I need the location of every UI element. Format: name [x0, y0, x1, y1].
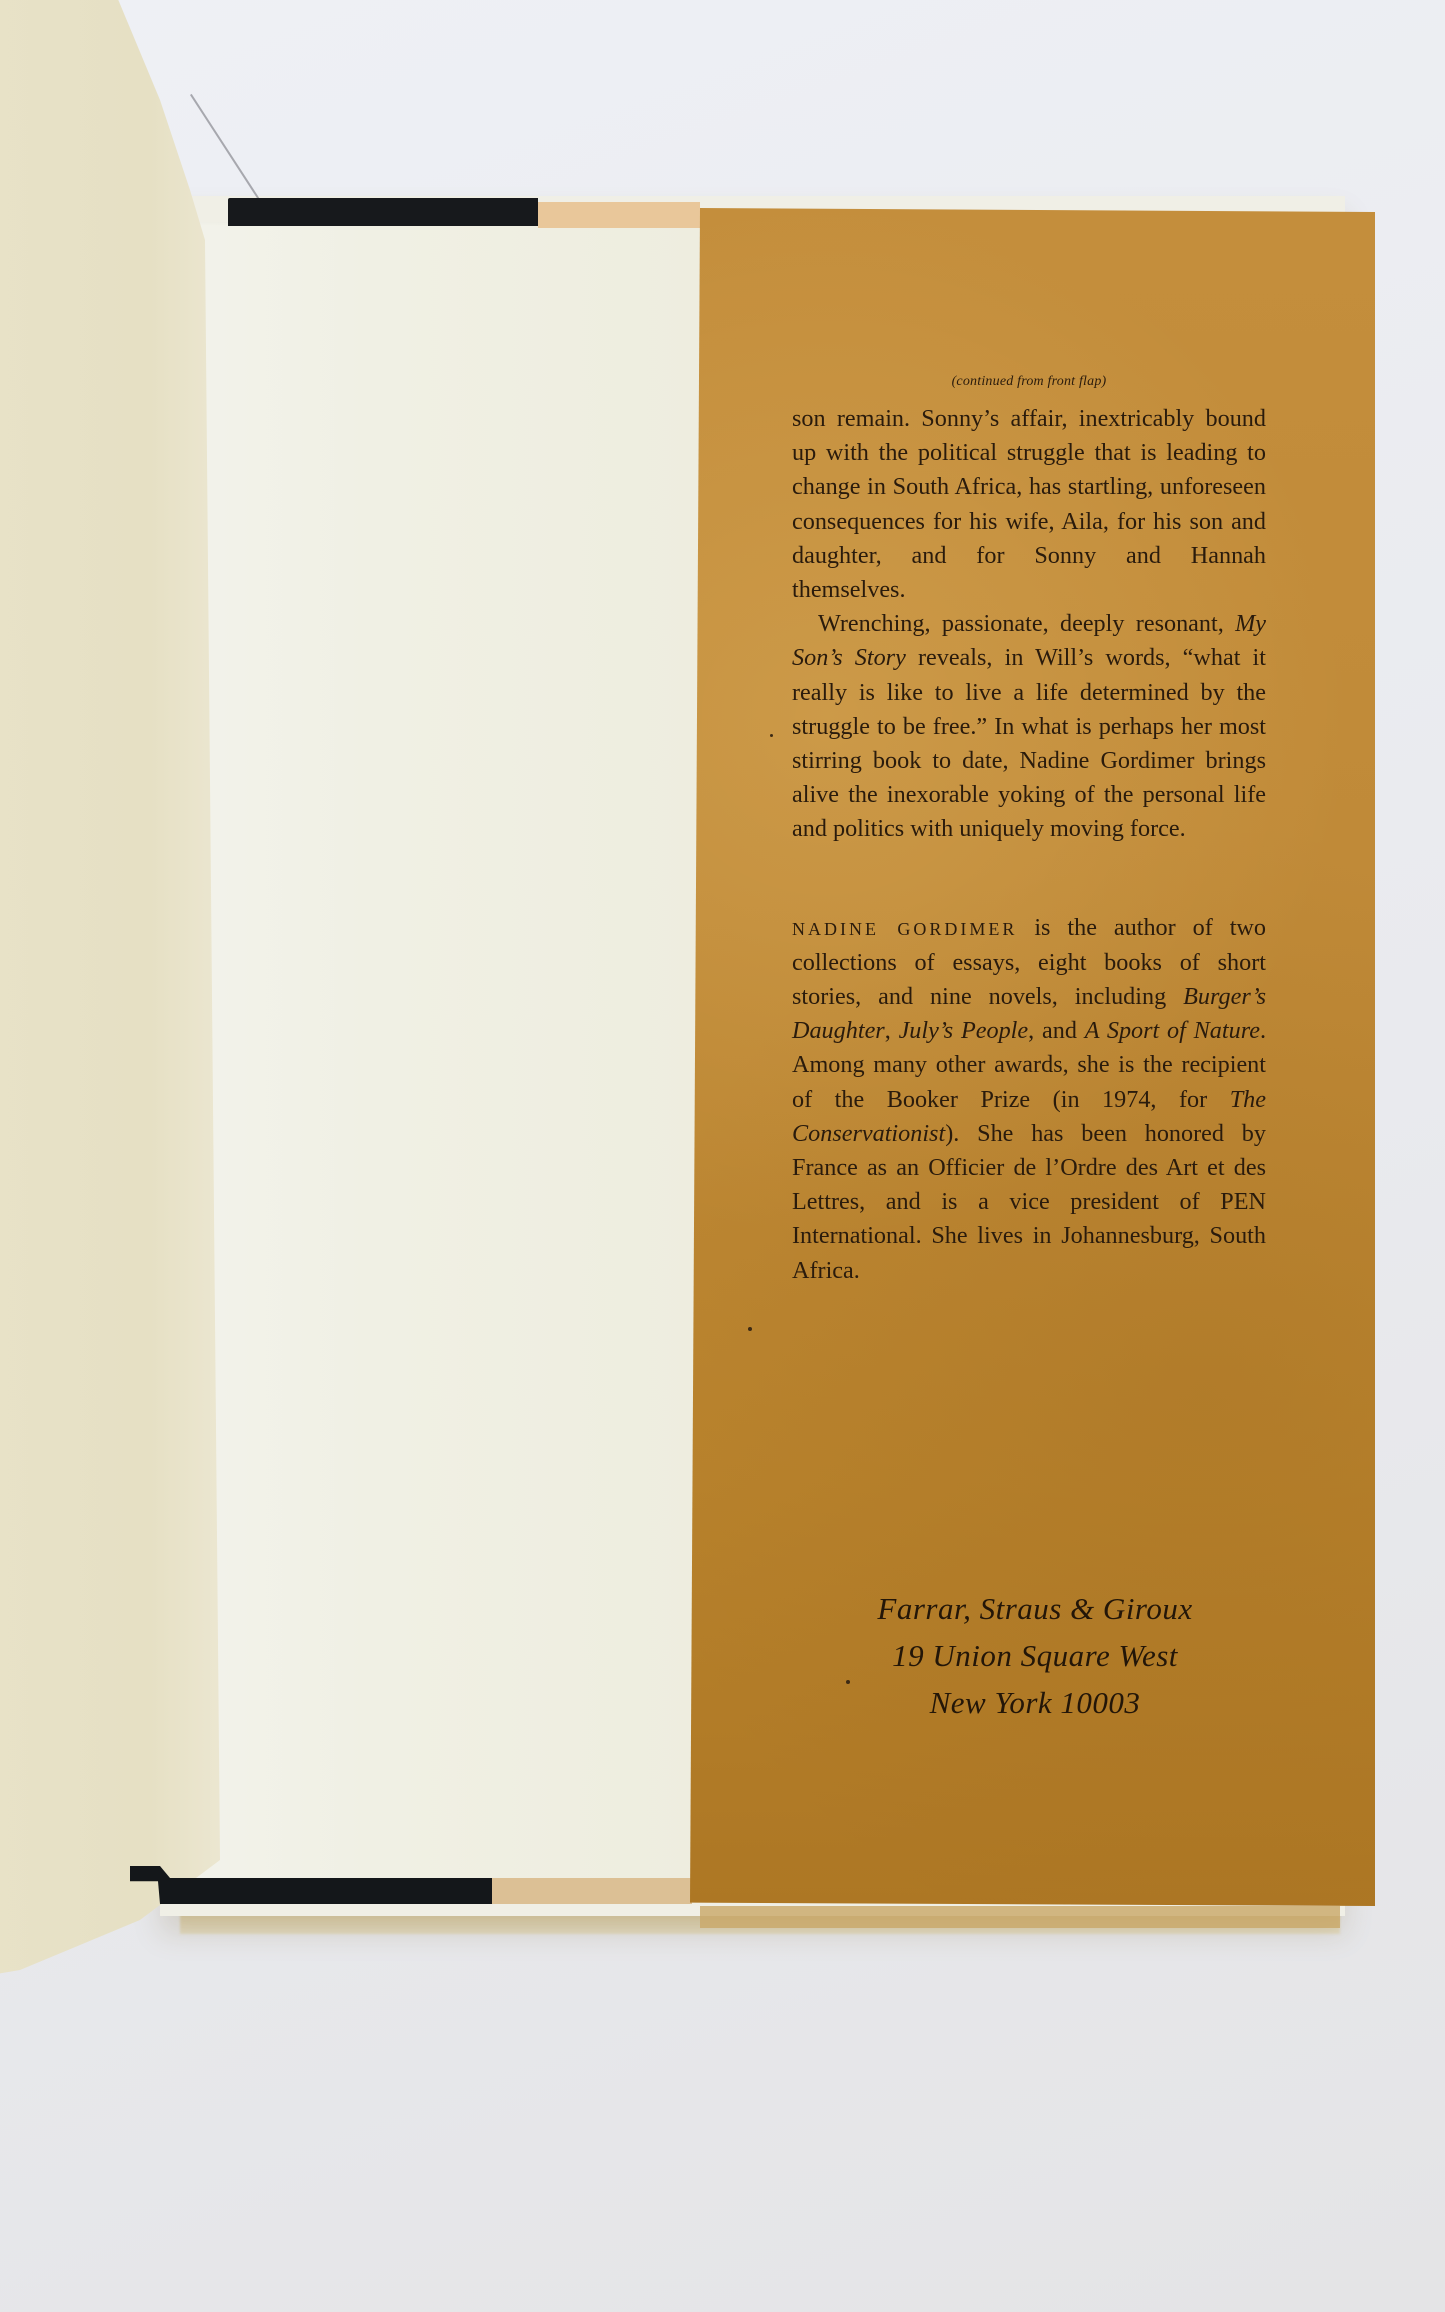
left-free-page	[0, 0, 230, 1980]
flap-shadow	[700, 1906, 1340, 1928]
continued-note: (continued from front flap)	[792, 372, 1266, 392]
publisher-name: Farrar, Straus & Giroux	[780, 1585, 1290, 1632]
text-run: Wrenching, passionate, deeply resonant,	[818, 610, 1235, 637]
headband-top-cloth	[538, 202, 700, 228]
paper-speck	[748, 1327, 752, 1331]
book-title: July’s People	[899, 1017, 1029, 1044]
paper-speck	[846, 1680, 850, 1684]
endpaper	[155, 222, 700, 1882]
paper-speck	[770, 734, 773, 737]
publisher-imprint: Farrar, Straus & Giroux 19 Union Square …	[780, 1585, 1290, 1726]
text-run: son remain. Sonny’s affair, inextricably…	[792, 405, 1266, 603]
text-run: reveals, in Will’s words, “what it reall…	[792, 644, 1266, 842]
headband-top	[228, 198, 538, 226]
author-name: NADINE GORDIMER	[792, 919, 1017, 939]
text-run: ,	[885, 1017, 899, 1044]
publisher-city: New York 10003	[780, 1679, 1290, 1726]
publisher-street: 19 Union Square West	[780, 1632, 1290, 1679]
flap-paragraph: son remain. Sonny’s affair, inextricably…	[792, 402, 1266, 607]
headband-bottom-cloth	[492, 1878, 692, 1904]
page-fold-crease	[190, 94, 262, 204]
flap-copy: (continued from front flap) son remain. …	[792, 372, 1266, 1288]
author-bio-text: is the author of two collections of essa…	[792, 914, 1266, 1284]
author-bio: NADINE GORDIMER is the author of two col…	[792, 911, 1266, 1288]
flap-paragraph: Wrenching, passionate, deeply resonant, …	[792, 607, 1266, 846]
text-run: , and	[1028, 1017, 1085, 1044]
book-title: A Sport of Nature	[1085, 1017, 1260, 1044]
